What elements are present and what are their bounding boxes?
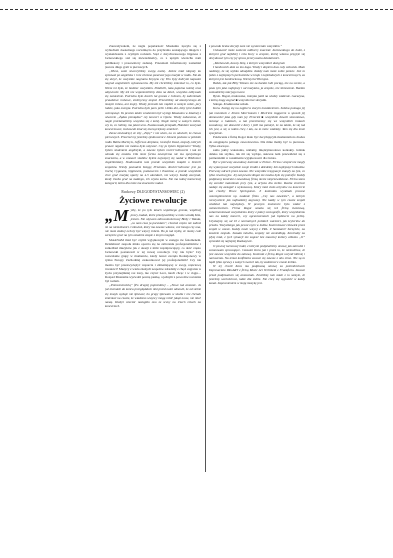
paragraph: Bysio. Boguś, krakowska, Jaksyka jakiś n… — [209, 94, 305, 102]
drop-cap: „M — [105, 209, 129, 222]
paragraph: „Wiesz, sami stworzyliśmy swoją osobę. J… — [105, 69, 201, 131]
paragraph: Był w pierwszy zawodowy kontrakt w Polsc… — [209, 160, 305, 243]
article-title: Życiowe rewolucje — [105, 195, 201, 205]
paragraph: „Połowicznością” (Po drugiej poprzedniej… — [105, 283, 201, 308]
paragraph: Ciekawość może zaniesie odbiorcy znaczni… — [209, 48, 305, 60]
newspaper-page: Zauważywałem, że nagła popularność Maana… — [105, 44, 309, 472]
column-divider — [205, 44, 206, 472]
paragraph: W tej chwili Kora ma podpisaną umowę za … — [209, 264, 305, 285]
lead-paragraph: „Myślę, że po tylu latach wspólnego gran… — [105, 208, 201, 237]
paragraph: I hanbowich dam sa ino koga. Wtedy i dop… — [209, 65, 305, 82]
paragraph: Kora. Zasięg się na najpierw starym musz… — [209, 106, 305, 135]
paragraph: samo jakby wskazania, reklamy, międzynar… — [209, 148, 305, 160]
left-column: Zauważywałem, że nagła popularność Maana… — [105, 44, 201, 472]
paragraph: Bedek, tak jak Billy Winson nie za bardz… — [209, 81, 305, 93]
paragraph: Zauważywałem, że nagła popularność Maana… — [105, 44, 201, 69]
paragraph: Pokłócenie z firmą Rogot mało być decydu… — [209, 135, 305, 147]
paragraph: MAANAM miał być czymś wyjątkowym w zasię… — [105, 238, 201, 284]
right-column: z powodu braku decyzji nam nie wystarcza… — [209, 44, 305, 472]
article-byline: Ruckowy DŁUGODYSTANSOWIEC (2) — [105, 190, 201, 194]
paragraph: O pewnej tarczowej ludzi, z którymi podp… — [209, 244, 305, 265]
paragraph: Zaraz oświadczył, że siły „Ziętę” i nie … — [105, 131, 201, 185]
dashed-cut-line — [0, 9, 393, 10]
